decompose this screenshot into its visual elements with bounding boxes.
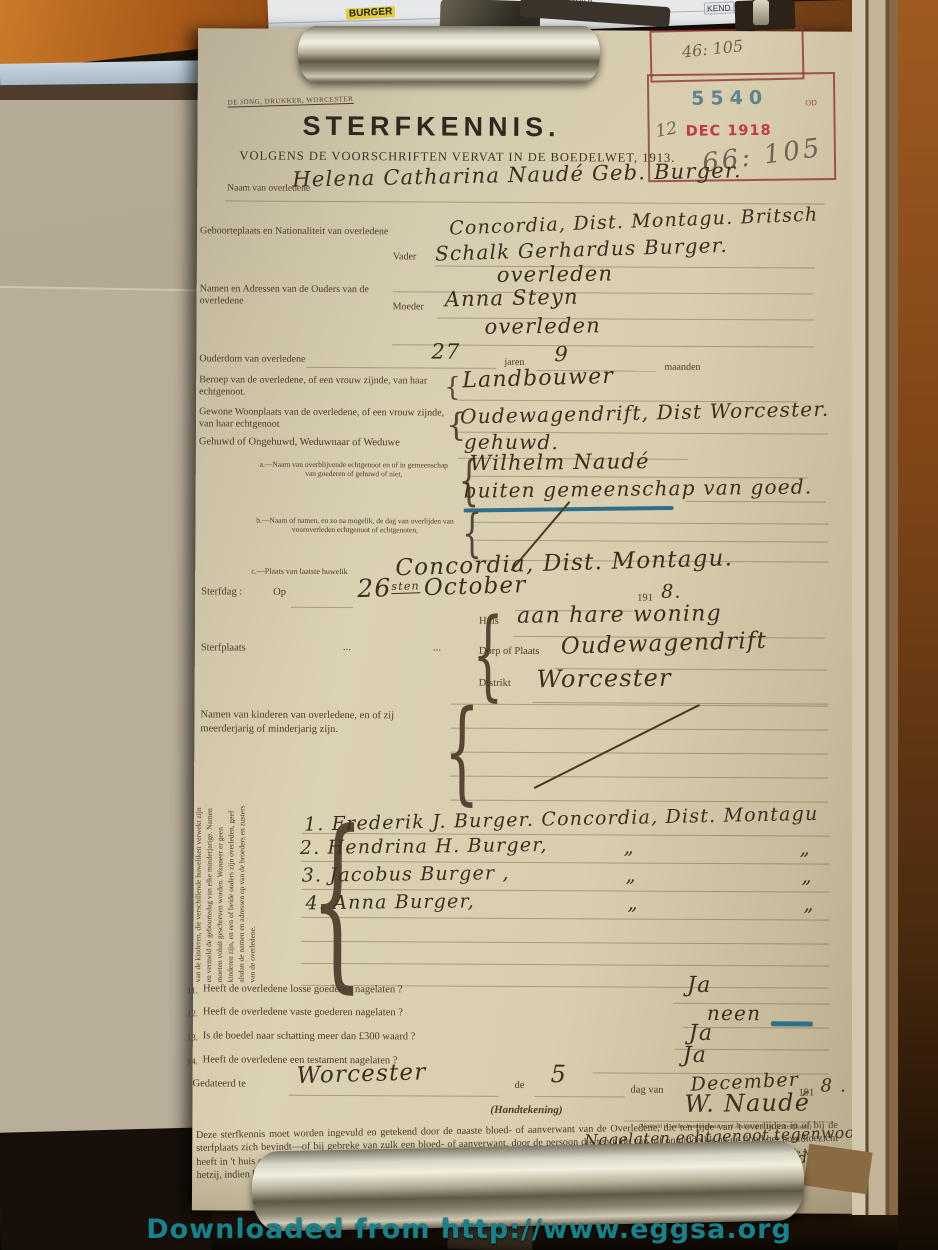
form-title: STERFKENNIS. bbox=[303, 111, 561, 143]
sterfplaats-label: Sterfplaats bbox=[201, 642, 246, 655]
geboorteplaats-value: Concordia, Dist. Montagu. Britsch bbox=[449, 203, 819, 239]
distrikt-label: Distrikt bbox=[479, 678, 511, 691]
sterfdag-label: Sterfdag : bbox=[201, 586, 242, 599]
beroep-brace: { bbox=[444, 373, 461, 403]
stamp-number: 5540 bbox=[691, 87, 768, 110]
q12-answer: neen bbox=[707, 1001, 761, 1025]
kinderen-label: Namen van kinderen van overledene, en of… bbox=[200, 708, 412, 737]
distrikt-value: Worcester bbox=[537, 664, 672, 694]
blank-rule-1 bbox=[301, 941, 829, 945]
kinderen-rule3 bbox=[450, 752, 828, 755]
naam-rule bbox=[225, 200, 825, 204]
geboorteplaats-label: Geboorteplaats en Nationaliteit van over… bbox=[200, 225, 388, 238]
vader-label: Vader bbox=[393, 251, 416, 263]
page-stack-edge bbox=[852, 0, 900, 1215]
sterfdag-suffix: sten bbox=[391, 579, 420, 594]
q12-label: Heeft de overledene vaste goederen nagel… bbox=[203, 1006, 403, 1019]
echtgenoot-b-rule1 bbox=[474, 522, 829, 525]
ouders-label: Namen en Adressen van de Ouders van de o… bbox=[200, 283, 375, 308]
gedateerd-rule1 bbox=[289, 1095, 499, 1097]
signature-value: W. Naudé bbox=[684, 1088, 810, 1118]
printer-mark: DE JONG, DRUKKER, WORCESTER bbox=[228, 95, 354, 108]
child-row-1: 1. Frederik J. Burger. Concordia, Dist. … bbox=[304, 803, 819, 836]
dorp-label: Dorp of Plaats bbox=[479, 646, 540, 659]
ouderdom-jaren-value: 27 bbox=[431, 340, 460, 364]
child-row-3: 3. Jacobus Burger , bbox=[302, 862, 510, 887]
ouderdom-label: Ouderdom van overledene bbox=[199, 353, 305, 365]
q11-num: 11. bbox=[187, 985, 198, 996]
sterfdag-year-hand: 8. bbox=[661, 581, 682, 603]
stamp-small-mark: OD bbox=[805, 98, 817, 107]
q14-num: 14. bbox=[187, 1056, 198, 1067]
sterfplaats-dots1: ... bbox=[343, 641, 351, 654]
moeder-label: Moeder bbox=[393, 301, 424, 313]
moeder-value: Anna Steyn bbox=[444, 285, 579, 312]
gehuwd-label: Gehuwd of Ongehuwd, Weduwnaar of Weduwe bbox=[199, 436, 400, 449]
sterfdag-day: 26 bbox=[357, 573, 392, 603]
sterfdag-month: October bbox=[424, 572, 527, 601]
moeder-status: overleden bbox=[484, 313, 601, 338]
card-col-cell: KEND bbox=[704, 1, 734, 14]
sterfdag-rule1 bbox=[291, 607, 353, 608]
q14-answer: Ja bbox=[683, 1043, 707, 1068]
gedateerd-day: 5 bbox=[551, 1060, 568, 1088]
small-clip-silver bbox=[753, 0, 769, 25]
card-surname-highlighted: BURGER bbox=[346, 6, 396, 20]
child-row-2-ditto-1: „ bbox=[624, 837, 635, 859]
laatste-huwelik-label: c.—Plaats van laatste huwelik bbox=[251, 567, 347, 577]
dorp-value: Oudewagendrift bbox=[561, 628, 768, 660]
sterfdag-op: Op bbox=[273, 587, 286, 599]
stamp-scribble: 46: 105 bbox=[681, 36, 744, 62]
child-row-2-ditto-2: „ bbox=[800, 837, 811, 859]
echtgenoot-a-line2: buiten gemeenschap van goed. bbox=[464, 474, 813, 502]
echtgenoot-a-rule2 bbox=[686, 501, 826, 503]
child-row-4-ditto-2: „ bbox=[803, 893, 814, 915]
woonplaats-label: Gewone Woonplaats van de overledene, of … bbox=[199, 406, 451, 431]
huis-value: aan hare woning bbox=[517, 601, 722, 628]
q13-num: 13. bbox=[187, 1032, 198, 1043]
child-row-4: 4. Anna Burger, bbox=[305, 890, 475, 914]
photo-of-death-notice: BURGER NDINA 1919 KEND DE JONG, DRUKKER,… bbox=[0, 0, 938, 1250]
echtgenoot-a-label: a.—Naam van overblijvende echtgenoot en … bbox=[254, 461, 454, 480]
echtgenoot-a-line1: Wilhelm Naudé bbox=[470, 449, 650, 475]
sterfplaats-dots2: ... bbox=[433, 642, 441, 655]
gedateerd-de: de bbox=[515, 1080, 525, 1092]
gedateerd-rule2 bbox=[535, 1096, 625, 1097]
kinderen-rule5 bbox=[450, 800, 828, 803]
huis-label: Huis bbox=[479, 616, 499, 628]
blue-ink-underline bbox=[464, 506, 674, 512]
q13-label: Is de boedel naar schatting meer dan £30… bbox=[203, 1030, 416, 1043]
stamp-day-hand: 12 bbox=[654, 118, 679, 142]
torn-paper-bit bbox=[803, 1144, 872, 1194]
maanden-label: maanden bbox=[664, 362, 700, 374]
gedateerd-label: Gedateerd te bbox=[193, 1078, 246, 1091]
gedateerd-dagvan: dag van bbox=[631, 1085, 664, 1098]
kinderen-rule4 bbox=[450, 776, 828, 779]
top-clip-bar bbox=[298, 26, 600, 82]
beroep-label: Beroep van de overledene, of een vrouw z… bbox=[199, 374, 437, 399]
q11-label: Heeft de overledene losse goederen nagel… bbox=[203, 983, 402, 996]
watermark-text: Downloaded from http://www.eggsa.org bbox=[0, 1214, 938, 1245]
sterfkennis-form-page: DE JONG, DRUKKER, WORCESTER STERFKENNIS.… bbox=[192, 28, 858, 1213]
gedateerd-place: Worcester bbox=[296, 1059, 427, 1089]
q11-answer: Ja bbox=[687, 973, 711, 998]
echtgenoot-b-rule2 bbox=[473, 540, 828, 543]
child-row-4-ditto-1: „ bbox=[627, 893, 638, 915]
woonplaats-value: Oudewagendrift, Dist Worcester. bbox=[460, 397, 830, 429]
q12-blue-dash bbox=[771, 1021, 813, 1026]
vader-rule bbox=[435, 266, 815, 269]
stamp-date: DEC 1918 bbox=[686, 123, 772, 140]
handtekening-label: (Handtekening) bbox=[490, 1104, 562, 1117]
child-rule-4 bbox=[301, 917, 829, 921]
gedateerd-year-hand: 8 . bbox=[821, 1076, 848, 1097]
echtgenoot-b-label: b.—Naam of namen, en zo na mogelik, de d… bbox=[247, 517, 462, 536]
kinderen-rule2 bbox=[450, 728, 828, 731]
vader-status: overleden bbox=[497, 261, 614, 286]
ouderdom-maanden-value: 9 bbox=[554, 342, 569, 366]
child-row-3-ditto-2: „ bbox=[802, 865, 813, 887]
margin-instructions-rotated: van de kinderen, die verschillende huwel… bbox=[193, 800, 288, 982]
wood-right-column bbox=[898, 0, 938, 1250]
blank-rule-2 bbox=[301, 963, 829, 967]
child-row-2: 2. Hendrina H. Burger, bbox=[300, 834, 548, 859]
q12-num: 12. bbox=[187, 1008, 198, 1019]
child-row-3-ditto-1: „ bbox=[626, 865, 637, 887]
beroep-value: Landbouwer bbox=[462, 364, 615, 393]
